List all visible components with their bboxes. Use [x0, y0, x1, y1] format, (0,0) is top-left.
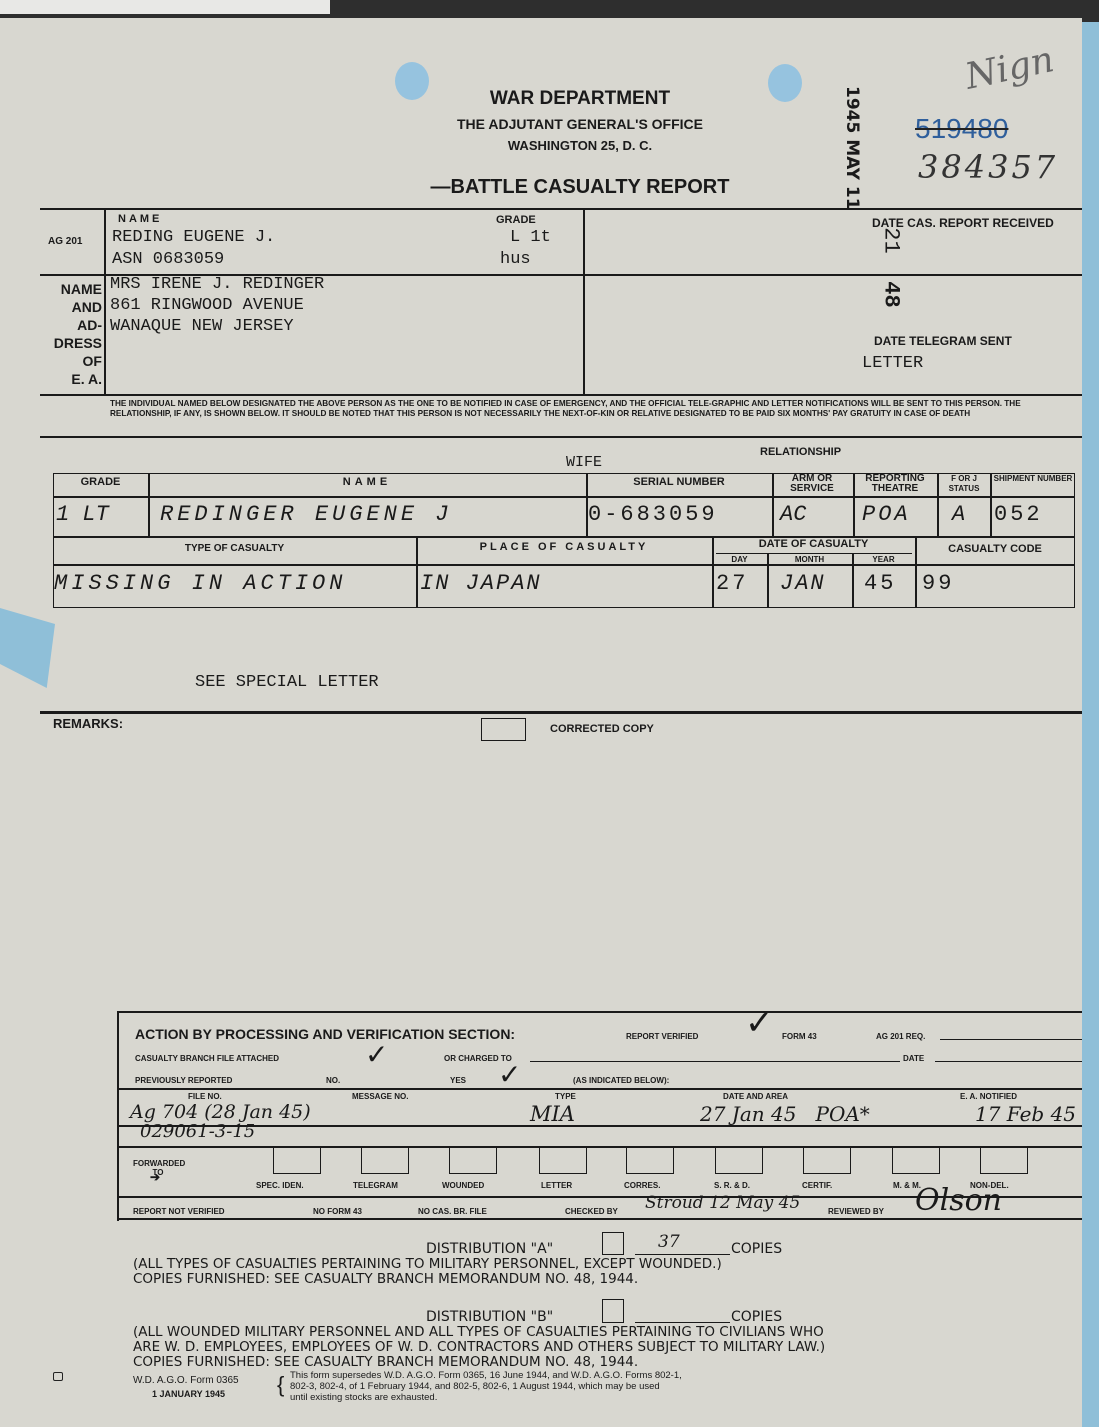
- soldier-grade: L 1t: [510, 228, 551, 247]
- stamp-48: 48: [879, 281, 904, 307]
- file-attached-label: CASUALTY BRANCH FILE ATTACHED: [135, 1054, 279, 1063]
- notification-notice: THE INDIVIDUAL NAMED BELOW DESIGNATED TH…: [110, 399, 1055, 419]
- prev-no-label: NO.: [326, 1076, 340, 1085]
- ea-label-line: NAME: [44, 280, 102, 298]
- no-cas-label: NO CAS. BR. FILE: [418, 1207, 487, 1216]
- row-status: A: [952, 502, 965, 527]
- row-place: IN JAPAN: [420, 571, 542, 596]
- corrected-copy-label: CORRECTED COPY: [550, 723, 654, 735]
- row-day: 27: [716, 571, 748, 596]
- struck-number-stamp: 519480: [915, 113, 1008, 145]
- dist-b-label: DISTRIBUTION "B": [426, 1309, 553, 1325]
- handwritten-number: 384357: [918, 148, 1058, 186]
- note-line: This form supersedes W.D. A.G.O. Form 03…: [290, 1370, 682, 1381]
- checked-by-value: Stroud 12 May 45: [645, 1193, 800, 1213]
- handwritten-initials: Nign: [962, 39, 1058, 98]
- supersede-note: This form supersedes W.D. A.G.O. Form 03…: [290, 1370, 682, 1403]
- col-grade: GRADE: [53, 476, 148, 488]
- rule: [117, 1218, 1082, 1220]
- arrow-right-icon: ➔: [150, 1170, 160, 1184]
- forward-nondel-checkbox[interactable]: [980, 1148, 1028, 1174]
- ea-address: MRS IRENE J. REDINGER 861 RINGWOOD AVENU…: [110, 274, 324, 337]
- forward-certif-checkbox[interactable]: [803, 1148, 851, 1174]
- row-type: MISSING IN ACTION: [54, 571, 346, 596]
- dist-b-desc-1: (ALL WOUNDED MILITARY PERSONNEL AND ALL …: [133, 1324, 824, 1340]
- relation-short: hus: [500, 250, 531, 269]
- forward-wounded-checkbox[interactable]: [449, 1148, 497, 1174]
- reviewed-by-label: REVIEWED BY: [828, 1207, 884, 1216]
- rule: [53, 496, 1075, 498]
- col-message-no: MESSAGE NO.: [352, 1092, 408, 1101]
- row-arm: AC: [780, 502, 806, 527]
- row-year: 45: [864, 571, 896, 596]
- rule: [635, 1322, 730, 1323]
- forward-corres-checkbox[interactable]: [626, 1148, 674, 1174]
- no-form43-label: NO FORM 43: [313, 1207, 362, 1216]
- prev-yes-label: YES: [450, 1076, 466, 1085]
- ag201-label: AG 201: [48, 236, 82, 247]
- date-label: DATE: [903, 1054, 924, 1063]
- col-theatre: REPORTING THEATRE: [853, 474, 937, 494]
- rule: [53, 564, 1075, 566]
- telegram-label: TELEGRAM: [353, 1181, 398, 1190]
- col-ea-notified: E. A. NOTIFIED: [960, 1092, 1017, 1101]
- ea-label-line: E. A.: [44, 370, 102, 388]
- action-title: ACTION BY PROCESSING AND VERIFICATION SE…: [135, 1026, 515, 1042]
- ea-name: MRS IRENE J. REDINGER: [110, 274, 324, 295]
- date-sent-value: LETTER: [862, 354, 923, 373]
- scan-top-strip: [0, 0, 330, 14]
- torn-corner: [0, 608, 55, 688]
- col-serial: SERIAL NUMBER: [586, 476, 772, 488]
- col-year: YEAR: [852, 555, 915, 564]
- prev-reported-label: PREVIOUSLY REPORTED: [135, 1076, 232, 1085]
- date-received-stamp: 21: [879, 227, 904, 253]
- rule: [940, 1039, 1082, 1040]
- col-date: DATE OF CASUALTY: [712, 538, 915, 550]
- ea-city: WANAQUE NEW JERSEY: [110, 316, 324, 337]
- date-sent-label: DATE TELEGRAM SENT: [874, 334, 1012, 348]
- ea-label-line: AND: [44, 298, 102, 316]
- relationship-label: RELATIONSHIP: [760, 446, 841, 458]
- rule: [117, 1011, 1082, 1013]
- grade-label: GRADE: [496, 214, 536, 226]
- rule: [635, 1254, 730, 1255]
- rule: [530, 1061, 900, 1062]
- rule: [772, 473, 774, 536]
- ea-notified-value: 17 Feb 45: [975, 1102, 1076, 1126]
- ea-label-line: OF: [44, 352, 102, 370]
- row-serial: 0-683059: [588, 502, 718, 527]
- form43-label: FORM 43: [782, 1032, 817, 1041]
- verified-checkmark-icon: ✓: [745, 1003, 774, 1043]
- col-month: MONTH: [767, 555, 852, 564]
- soldier-name: REDING EUGENE J.: [112, 228, 275, 247]
- received-date-stamp: 1945 MAY 11: [838, 86, 862, 176]
- special-note: SEE SPECIAL LETTER: [195, 673, 379, 692]
- document-page: WAR DEPARTMENT THE ADJUTANT GENERAL'S OF…: [0, 18, 1082, 1427]
- dist-b-desc-2: ARE W. D. EMPLOYEES, EMPLOYEES OF W. D. …: [133, 1339, 825, 1355]
- dist-a-furnished: COPIES FURNISHED: SEE CASUALTY BRANCH ME…: [133, 1271, 638, 1287]
- dist-a-desc: (ALL TYPES OF CASUALTIES PERTAINING TO M…: [133, 1256, 722, 1272]
- forward-mm-checkbox[interactable]: [892, 1148, 940, 1174]
- copies-label-a: COPIES: [731, 1241, 782, 1257]
- reviewed-by-signature: Olson: [915, 1183, 1002, 1218]
- col-code: CASUALTY CODE: [915, 543, 1075, 555]
- letter-label: LETTER: [541, 1181, 572, 1190]
- name-label: NAME: [118, 213, 162, 225]
- rule: [40, 436, 1082, 438]
- col-name: NAME: [148, 476, 586, 488]
- rule: [117, 1125, 1082, 1127]
- corrected-copy-checkbox[interactable]: [481, 718, 526, 741]
- relationship-value: WIFE: [566, 454, 602, 471]
- city-title: WASHINGTON 25, D. C.: [400, 138, 760, 153]
- ag201req-label: AG 201 REQ.: [876, 1032, 925, 1041]
- col-shipment: SHIPMENT NUMBER: [993, 474, 1073, 484]
- punch-hole-right: [768, 64, 802, 102]
- rule: [990, 473, 992, 536]
- col-type: TYPE OF CASUALTY: [53, 543, 416, 554]
- col-type-a: TYPE: [555, 1092, 576, 1101]
- type-value: MIA: [530, 1102, 575, 1126]
- dept-title: WAR DEPARTMENT: [400, 88, 760, 110]
- form-date: 1 JANUARY 1945: [152, 1389, 225, 1399]
- col-status: F OR J STATUS: [938, 474, 990, 494]
- ea-label: NAME AND AD- DRESS OF E. A.: [44, 280, 102, 388]
- row-shipment: 052: [994, 502, 1043, 527]
- forward-letter-checkbox[interactable]: [539, 1148, 587, 1174]
- col-arm: ARM OR SERVICE: [776, 474, 848, 494]
- copies-label-b: COPIES: [731, 1309, 782, 1325]
- col-day: DAY: [712, 555, 767, 564]
- soldier-asn: ASN 0683059: [112, 250, 224, 269]
- note-line: 802-3, 802-4, of 1 February 1944, and 80…: [290, 1381, 682, 1392]
- row-name: REDINGER EUGENE J: [160, 502, 452, 527]
- rule: [40, 208, 1082, 210]
- note-line: until existing stocks are exhausted.: [290, 1392, 682, 1403]
- small-square-mark: [53, 1372, 63, 1381]
- ea-label-line: AD-: [44, 316, 102, 334]
- date-area-value: 27 Jan 45 POA*: [700, 1102, 870, 1126]
- dist-a-label: DISTRIBUTION "A": [426, 1241, 553, 1257]
- form-title: —BATTLE CASUALTY REPORT: [380, 176, 780, 199]
- row-theatre: POA: [862, 502, 911, 527]
- forward-srd-checkbox[interactable]: [715, 1148, 763, 1174]
- rule: [53, 536, 1075, 538]
- dist-a-copies: 37: [658, 1232, 680, 1252]
- row-code: 99: [922, 571, 954, 596]
- rule: [117, 1088, 1082, 1090]
- spec-iden-label: SPEC. IDEN.: [256, 1181, 304, 1190]
- brace-icon: {: [277, 1368, 284, 1402]
- wounded-label: WOUNDED: [442, 1181, 484, 1190]
- dist-a-checkbox[interactable]: [602, 1232, 624, 1255]
- rule: [935, 1061, 1082, 1062]
- form-number: W.D. A.G.O. Form 0365: [133, 1375, 239, 1386]
- as-indicated-label: (AS INDICATED BELOW):: [573, 1076, 669, 1085]
- ea-street: 861 RINGWOOD AVENUE: [110, 295, 324, 316]
- rule: [40, 711, 1082, 714]
- not-verified-label: REPORT NOT VERIFIED: [133, 1207, 225, 1216]
- ea-label-line: DRESS: [44, 334, 102, 352]
- col-file-no: FILE NO.: [188, 1092, 222, 1101]
- col-place: PLACE OF CASUALTY: [416, 541, 712, 553]
- attached-checkmark-icon: ✓: [365, 1038, 388, 1071]
- dist-b-furnished: COPIES FURNISHED: SEE CASUALTY BRANCH ME…: [133, 1354, 638, 1370]
- office-title: THE ADJUTANT GENERAL'S OFFICE: [400, 116, 760, 132]
- row-grade: 1 LT: [56, 502, 109, 527]
- rule: [117, 1011, 119, 1221]
- report-verified-label: REPORT VERIFIED: [626, 1032, 698, 1041]
- row-month: JAN: [780, 571, 826, 596]
- forward-telegram-checkbox[interactable]: [361, 1148, 409, 1174]
- checked-by-label: CHECKED BY: [565, 1207, 618, 1216]
- remarks-label: REMARKS:: [53, 716, 123, 731]
- yes-checkmark-icon: ✓: [498, 1058, 521, 1091]
- srd-label: S. R. & D.: [714, 1181, 750, 1190]
- certif-label: CERTIF.: [802, 1181, 832, 1190]
- forward-spec-iden-checkbox[interactable]: [273, 1148, 321, 1174]
- dist-b-checkbox[interactable]: [602, 1299, 624, 1323]
- col-date-area: DATE AND AREA: [723, 1092, 788, 1101]
- rule: [716, 553, 912, 554]
- rule: [40, 394, 1082, 396]
- file-no-value: Ag 704 (28 Jan 45): [130, 1101, 311, 1123]
- rule: [583, 210, 585, 395]
- corres-label: CORRES.: [624, 1181, 660, 1190]
- rule: [104, 210, 106, 395]
